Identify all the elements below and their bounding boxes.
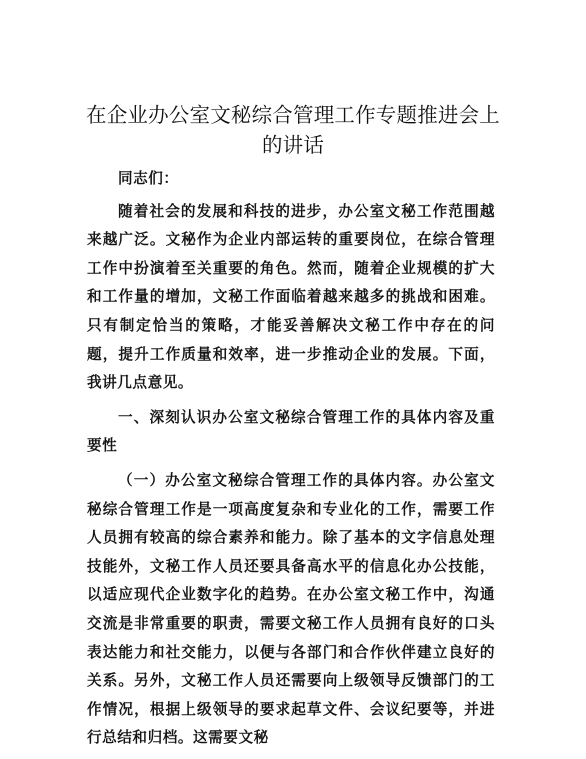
document-page: 在企业办公室文秘综合管理工作专题推进会上的讲话 同志们： 随着社会的发展和科技的… [0, 0, 586, 759]
document-body: 同志们： 随着社会的发展和科技的进步，办公室文秘工作范围越来越广泛。文秘作为企业… [87, 165, 495, 753]
subsection-paragraph-1: （一）办公室文秘综合管理工作的具体内容。办公室文秘综合管理工作是一项高度复杂和专… [87, 467, 495, 753]
salutation: 同志们： [87, 165, 495, 194]
section-heading-1: 一、深刻认识办公室文秘综合管理工作的具体内容及重要性 [87, 404, 495, 461]
document-title: 在企业办公室文秘综合管理工作专题推进会上的讲话 [80, 100, 506, 160]
intro-paragraph: 随着社会的发展和科技的进步，办公室文秘工作范围越来越广泛。文秘作为企业内部运转的… [87, 198, 495, 398]
